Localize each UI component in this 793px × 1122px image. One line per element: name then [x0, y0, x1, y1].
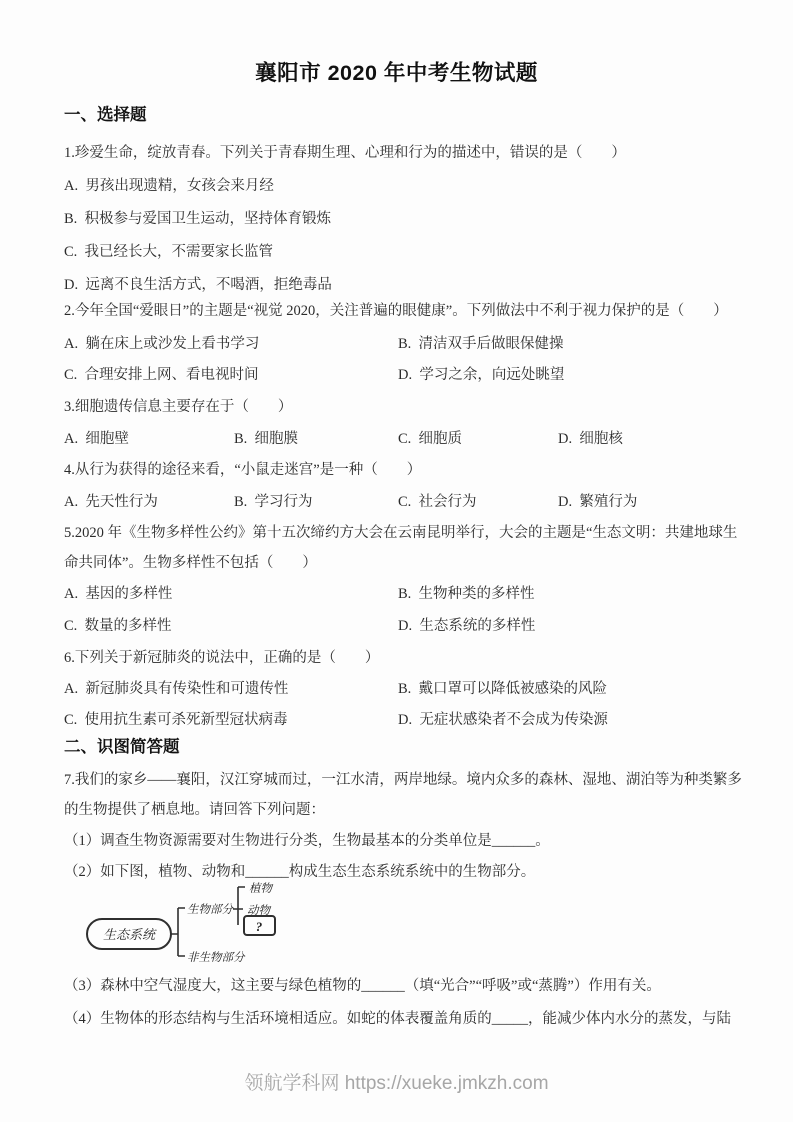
q4-option-c: C. 社会行为	[398, 491, 558, 513]
q6-option-c: C. 使用抗生素可杀死新型冠状病毒	[64, 709, 398, 731]
section-heading-diagram: 二、识图简答题	[64, 736, 744, 758]
q3-option-d: D. 细胞核	[558, 428, 744, 450]
q2-option-d: D. 学习之余，向远处眺望	[398, 364, 744, 386]
q2-options-row-1: A. 躺在床上或沙发上看书学习 B. 清洁双手后做眼保健操	[64, 333, 744, 355]
section-heading-choice: 一、选择题	[64, 104, 744, 126]
q3-options-row: A. 细胞壁 B. 细胞膜 C. 细胞质 D. 细胞核	[64, 428, 744, 450]
q6-option-a: A. 新冠肺炎具有传染性和可遗传性	[64, 678, 398, 700]
q7-stem: 7.我们的家乡——襄阳，汉江穿城而过，一江水清，两岸地绿。境内众多的森林、湿地、…	[64, 765, 744, 825]
watermark-footer: 领航学科网 https://xueke.jmkzh.com	[0, 1068, 793, 1095]
q5-option-d: D. 生态系统的多样性	[398, 615, 744, 637]
ecosystem-diagram-svg: 生态系统 生物部分 非生物部分 植物 动物 ?	[60, 872, 320, 972]
bio-part-label: 生物部分	[187, 903, 234, 916]
q2-option-b: B. 清洁双手后做眼保健操	[398, 333, 744, 355]
q7-part-1: （1）调查生物资源需要对生物进行分类，生物最基本的分类单位是______。	[64, 830, 770, 852]
ecosystem-root-label: 生态系统	[103, 927, 157, 942]
q6-options-row-1: A. 新冠肺炎具有传染性和可遗传性 B. 戴口罩可以降低被感染的风险	[64, 678, 744, 700]
q5-option-a: A. 基因的多样性	[64, 583, 398, 605]
q1-option-b: B. 积极参与爱国卫生运动，坚持体育锻炼	[64, 208, 744, 230]
q6-options-row-2: C. 使用抗生素可杀死新型冠状病毒 D. 无症状感染者不会成为传染源	[64, 709, 744, 731]
abio-part-label: 非生物部分	[187, 951, 246, 964]
ecosystem-diagram: 生态系统 生物部分 非生物部分 植物 动物 ?	[60, 872, 320, 972]
q5-option-b: B. 生物种类的多样性	[398, 583, 744, 605]
q2-option-a: A. 躺在床上或沙发上看书学习	[64, 333, 398, 355]
question-mark-label: ?	[256, 919, 263, 934]
q1-option-c: C. 我已经长大，不需要家长监管	[64, 241, 744, 263]
q6-option-b: B. 戴口罩可以降低被感染的风险	[398, 678, 744, 700]
q2-options-row-2: C. 合理安排上网、看电视时间 D. 学习之余，向远处眺望	[64, 364, 744, 386]
q2-option-c: C. 合理安排上网、看电视时间	[64, 364, 398, 386]
q3-option-c: C. 细胞质	[398, 428, 558, 450]
q3-option-a: A. 细胞壁	[64, 428, 234, 450]
animal-label: 动物	[247, 904, 271, 917]
q4-stem: 4.从行为获得的途径来看，“小鼠走迷宫”是一种（ ）	[64, 459, 744, 481]
q5-options-row-2: C. 数量的多样性 D. 生态系统的多样性	[64, 615, 744, 637]
level1-bracket	[171, 908, 185, 956]
q4-option-b: B. 学习行为	[234, 491, 398, 513]
doc-title: 襄阳市 2020 年中考生物试题	[0, 62, 793, 84]
q7-part-4: （4）生物体的形态结构与生活环境相适应。如蛇的体表覆盖角质的_____，能减少体…	[64, 1008, 770, 1030]
q1-option-d: D. 远离不良生活方式，不喝酒，拒绝毒品	[64, 274, 744, 296]
q5-option-c: C. 数量的多样性	[64, 615, 398, 637]
q3-stem: 3.细胞遗传信息主要存在于（ ）	[64, 396, 744, 418]
q7-part-3: （3）森林中空气湿度大，这主要与绿色植物的______（填“光合”“呼吸”或“蒸…	[64, 975, 770, 997]
q4-option-a: A. 先天性行为	[64, 491, 234, 513]
q2-stem: 2.今年全国“爱眼日”的主题是“视觉 2020，关注普遍的眼健康”。下列做法中不…	[64, 300, 770, 322]
exam-page: 襄阳市 2020 年中考生物试题 一、选择题 1.珍爱生命，绽放青春。下列关于青…	[0, 0, 793, 1122]
q4-options-row: A. 先天性行为 B. 学习行为 C. 社会行为 D. 繁殖行为	[64, 491, 744, 513]
q6-option-d: D. 无症状感染者不会成为传染源	[398, 709, 744, 731]
q6-stem: 6.下列关于新冠肺炎的说法中，正确的是（ ）	[64, 647, 744, 669]
q1-option-a: A. 男孩出现遗精，女孩会来月经	[64, 175, 744, 197]
q1-stem: 1.珍爱生命，绽放青春。下列关于青春期生理、心理和行为的描述中，错误的是（ ）	[64, 142, 744, 164]
plant-label: 植物	[249, 882, 273, 895]
q4-option-d: D. 繁殖行为	[558, 491, 744, 513]
q5-stem: 5.2020 年《生物多样性公约》第十五次缔约方大会在云南昆明举行，大会的主题是…	[64, 518, 744, 578]
q5-options-row-1: A. 基因的多样性 B. 生物种类的多样性	[64, 583, 744, 605]
q3-option-b: B. 细胞膜	[234, 428, 398, 450]
